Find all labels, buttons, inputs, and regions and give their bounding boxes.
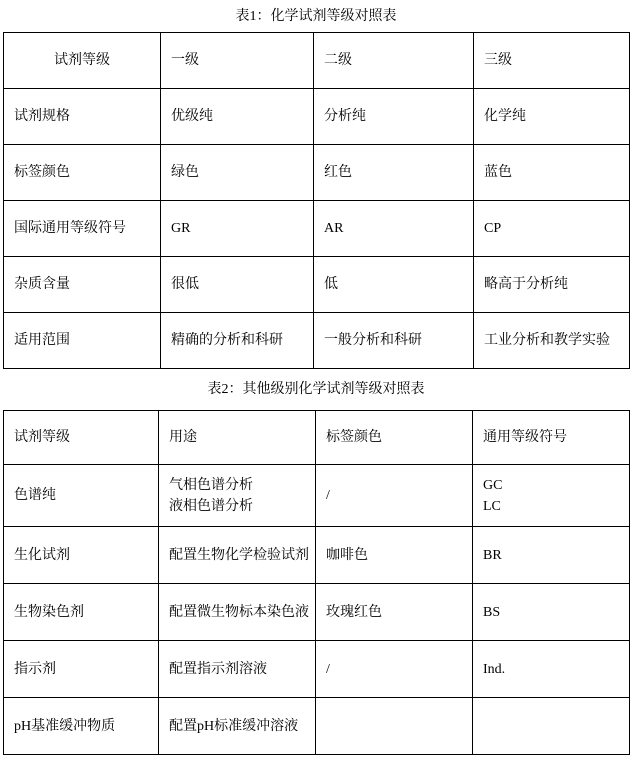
table-header-cell: 标签颜色 — [316, 411, 473, 465]
table-header-row: 试剂等级 用途 标签颜色 通用等级符号 — [4, 411, 630, 465]
table-header-cell: 通用等级符号 — [473, 411, 630, 465]
table-cell: 化学纯 — [474, 89, 630, 145]
table-cell: 红色 — [314, 145, 474, 201]
table1-reagent-grades: 试剂等级 一级 二级 三级 试剂规格 优级纯 分析纯 化学纯 标签颜色 绿色 红… — [3, 32, 630, 369]
table-cell: 气相色谱分析 液相色谱分析 — [159, 465, 316, 527]
table-row: 适用范围 精确的分析和科研 一般分析和科研 工业分析和教学实验 — [4, 313, 630, 369]
table-cell: BS — [473, 584, 630, 641]
table-cell: 配置微生物标本染色液 — [159, 584, 316, 641]
table-row: 杂质含量 很低 低 略高于分析纯 — [4, 257, 630, 313]
document-page: 表1：化学试剂等级对照表 试剂等级 一级 二级 三级 试剂规格 优级纯 分析纯 … — [0, 0, 632, 755]
table-row: 生化试剂 配置生物化学检验试剂 咖啡色 BR — [4, 527, 630, 584]
table2-title: 表2：其他级别化学试剂等级对照表 — [3, 369, 629, 410]
table-cell: 适用范围 — [4, 313, 161, 369]
table-cell: 生物染色剂 — [4, 584, 159, 641]
table-cell: 试剂规格 — [4, 89, 161, 145]
table-cell: 杂质含量 — [4, 257, 161, 313]
table-cell: 一般分析和科研 — [314, 313, 474, 369]
table-row: 试剂规格 优级纯 分析纯 化学纯 — [4, 89, 630, 145]
table2-other-reagent-grades: 试剂等级 用途 标签颜色 通用等级符号 色谱纯 气相色谱分析 液相色谱分析 / … — [3, 410, 630, 755]
table-row: 色谱纯 气相色谱分析 液相色谱分析 / GC LC — [4, 465, 630, 527]
table-cell: 国际通用等级符号 — [4, 201, 161, 257]
table-cell: 标签颜色 — [4, 145, 161, 201]
table-cell: 绿色 — [161, 145, 314, 201]
table-cell: 很低 — [161, 257, 314, 313]
table-cell — [316, 698, 473, 755]
table-cell — [473, 698, 630, 755]
table-cell: AR — [314, 201, 474, 257]
table-header-cell: 试剂等级 — [4, 411, 159, 465]
table-cell: 玫瑰红色 — [316, 584, 473, 641]
table-cell: pH基准缓冲物质 — [4, 698, 159, 755]
table-cell: 配置生物化学检验试剂 — [159, 527, 316, 584]
table-cell: BR — [473, 527, 630, 584]
table1-title: 表1：化学试剂等级对照表 — [3, 0, 629, 32]
table-cell: 指示剂 — [4, 641, 159, 698]
table-row: 生物染色剂 配置微生物标本染色液 玫瑰红色 BS — [4, 584, 630, 641]
table-cell: 工业分析和教学实验 — [474, 313, 630, 369]
table-row: 指示剂 配置指示剂溶液 / Ind. — [4, 641, 630, 698]
table-cell: 略高于分析纯 — [474, 257, 630, 313]
table-cell: 低 — [314, 257, 474, 313]
table-cell: 三级 — [474, 33, 630, 89]
table-cell: GR — [161, 201, 314, 257]
table-cell: / — [316, 465, 473, 527]
table-cell: 咖啡色 — [316, 527, 473, 584]
table-cell: 优级纯 — [161, 89, 314, 145]
table-cell: 分析纯 — [314, 89, 474, 145]
table-cell: 生化试剂 — [4, 527, 159, 584]
table-cell: CP — [474, 201, 630, 257]
table-cell: / — [316, 641, 473, 698]
table-cell: 色谱纯 — [4, 465, 159, 527]
table-cell: 精确的分析和科研 — [161, 313, 314, 369]
table-row: 标签颜色 绿色 红色 蓝色 — [4, 145, 630, 201]
table-cell: Ind. — [473, 641, 630, 698]
table-cell: 二级 — [314, 33, 474, 89]
table-header-cell: 用途 — [159, 411, 316, 465]
table-row: 试剂等级 一级 二级 三级 — [4, 33, 630, 89]
table-cell: 配置指示剂溶液 — [159, 641, 316, 698]
table-cell: 配置pH标准缓冲溶液 — [159, 698, 316, 755]
table-row: pH基准缓冲物质 配置pH标准缓冲溶液 — [4, 698, 630, 755]
table-cell: GC LC — [473, 465, 630, 527]
table-cell: 试剂等级 — [4, 33, 161, 89]
table-row: 国际通用等级符号 GR AR CP — [4, 201, 630, 257]
table-cell: 一级 — [161, 33, 314, 89]
table-cell: 蓝色 — [474, 145, 630, 201]
